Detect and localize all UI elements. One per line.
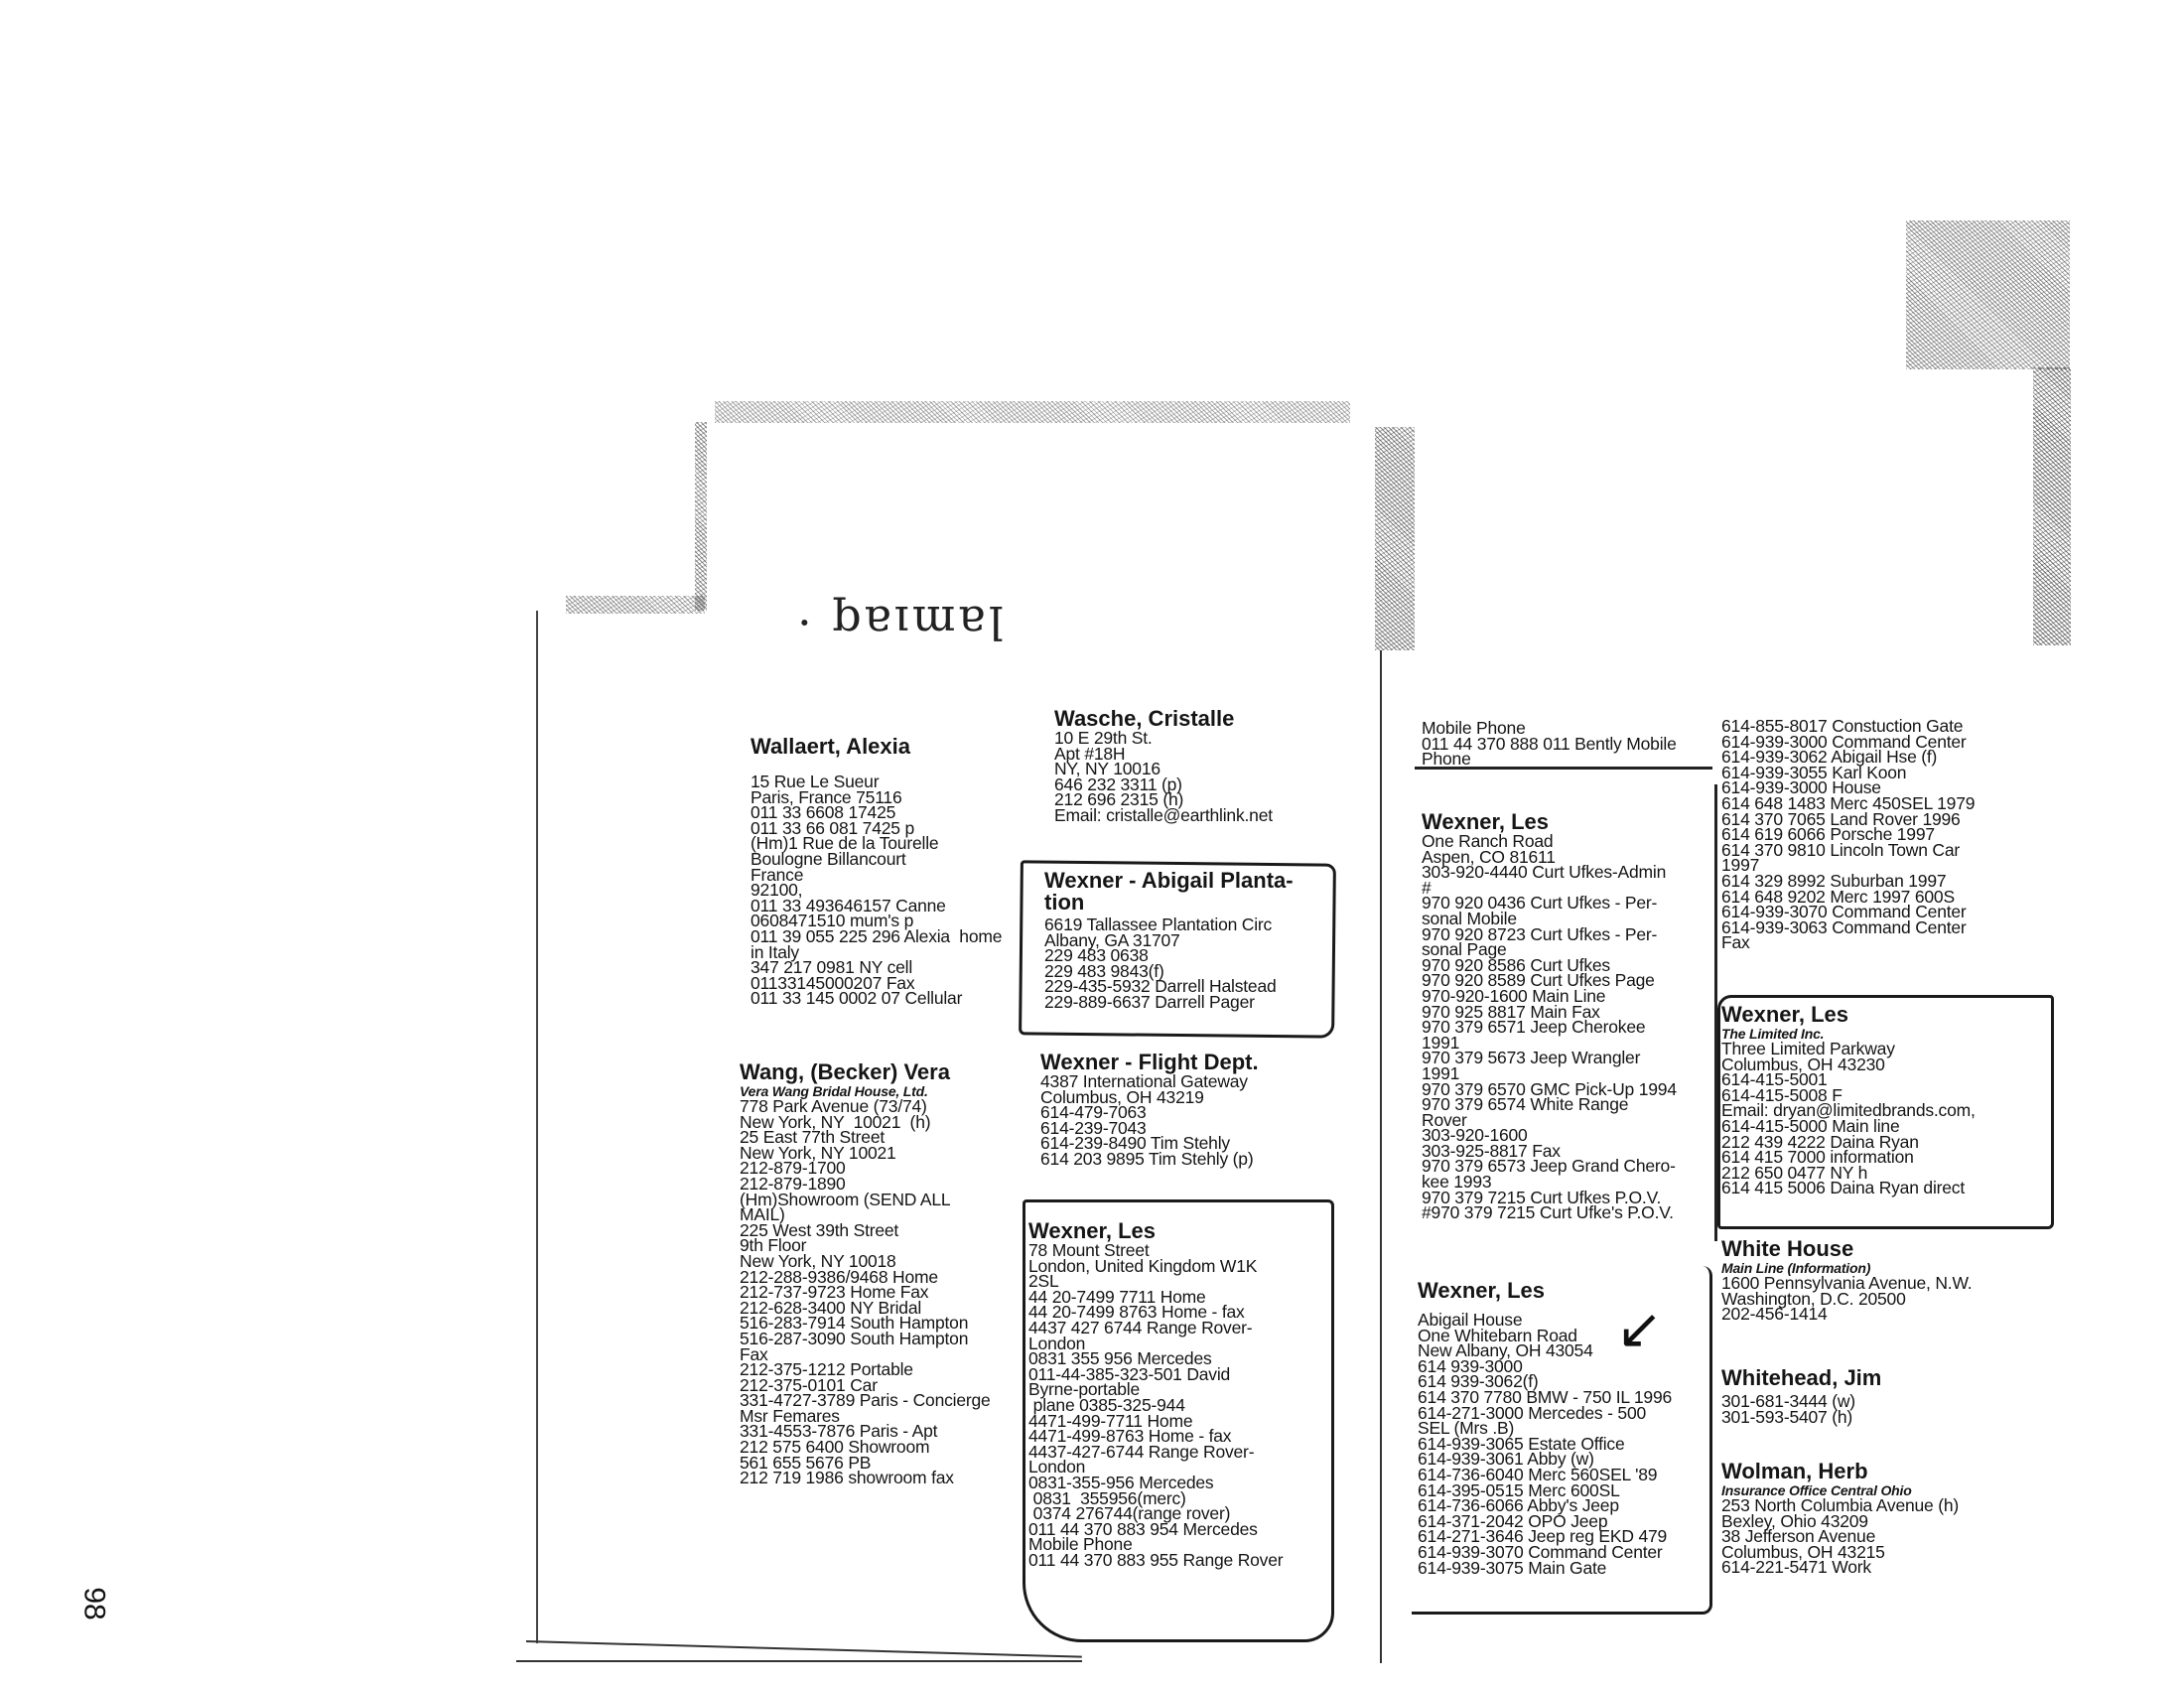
entry-phone-list-continuation: 614-855-8017 Constuction Gate 614-939-30… — [1721, 719, 1975, 951]
entry-line: 614-939-3063 Command Center — [1721, 920, 1975, 936]
entry-line: 614 370 9810 Lincoln Town Car — [1721, 843, 1975, 859]
entry-wasche-cristalle: Wasche, Cristalle 10 E 29th St. Apt #18H… — [1054, 707, 1273, 824]
entry-line: 516-287-3090 South Hampton — [740, 1332, 991, 1347]
page-edge-left — [536, 611, 538, 1643]
entry-line: London, United Kingdom W1K — [1028, 1259, 1283, 1275]
entry-line: Phone — [1422, 752, 1677, 768]
entry-line: 301-593-5407 (h) — [1721, 1410, 1881, 1426]
handwritten-note: lamıaq · — [794, 596, 1004, 649]
entry-line: #970 379 7215 Curt Ufke's P.O.V. — [1422, 1205, 1677, 1221]
entry-wexner-les-new-albany: Wexner, Les Abigail House One Whitebarn … — [1418, 1279, 1672, 1576]
entry-wexner-abigail-plantation: Wexner - Abigail Planta- tion 6619 Talla… — [1044, 870, 1332, 1011]
entry-line: 011 33 145 0002 07 Cellular — [751, 991, 1002, 1007]
entry-name: Wexner - Abigail Planta- tion — [1044, 870, 1332, 914]
entry-name: Wolman, Herb — [1721, 1460, 1959, 1483]
entry-white-house: White House Main Line (Information) 1600… — [1721, 1237, 1972, 1323]
scan-shadow-right-edge — [2033, 367, 2071, 645]
scan-shadow-top-right-corner — [1906, 220, 2070, 369]
entry-name: Wallaert, Alexia — [751, 735, 1002, 759]
entry-wexner-les-london: Wexner, Les 78 Mount Street London, Unit… — [1028, 1219, 1283, 1568]
entry-line: 614-221-5471 Work — [1721, 1560, 1959, 1576]
entry-wang-vera: Wang, (Becker) Vera Vera Wang Bridal Hou… — [740, 1060, 991, 1486]
entry-name: Wexner, Les — [1418, 1279, 1672, 1303]
entry-line: 202-456-1414 — [1721, 1307, 1972, 1323]
scan-shadow-top — [715, 401, 1350, 423]
entry-line: 011 44 370 883 955 Range Rover — [1028, 1553, 1283, 1569]
bracket-right-col — [1714, 784, 1717, 1241]
center-divider — [1380, 650, 1382, 1663]
entry-wexner-les-limited: Wexner, Les The Limited Inc. Three Limit… — [1721, 1003, 1976, 1196]
entry-line: 614 415 5006 Daina Ryan direct — [1721, 1181, 1976, 1196]
page-number: 98 — [77, 1587, 111, 1619]
entry-wexner-flight-dept: Wexner - Flight Dept. 4387 International… — [1040, 1051, 1259, 1168]
entry-line: 614-939-3075 Main Gate — [1418, 1561, 1672, 1577]
bottom-edge-line-2 — [516, 1660, 1082, 1662]
entry-wolman-herb: Wolman, Herb Insurance Office Central Oh… — [1721, 1460, 1959, 1576]
entry-name: Wang, (Becker) Vera — [740, 1060, 991, 1084]
entry-line: 229-889-6637 Darrell Pager — [1044, 995, 1332, 1011]
entry-line: 970 379 5673 Jeep Wrangler — [1422, 1051, 1677, 1066]
bottom-edge-line-1 — [526, 1640, 1082, 1658]
entry-line: Email: cristalle@earthlink.net — [1054, 808, 1273, 824]
entry-wallaert-alexia: Wallaert, Alexia 15 Rue Le Sueur Paris, … — [751, 735, 1002, 1007]
entry-line: 970 379 6571 Jeep Cherokee — [1422, 1020, 1677, 1036]
scan-shadow-gutter — [1375, 427, 1415, 650]
entry-line: 614 203 9895 Tim Stehly (p) — [1040, 1152, 1259, 1168]
entry-line: 303-920-4440 Curt Ufkes-Admin — [1422, 865, 1677, 881]
entry-whitehead-jim: Whitehead, Jim 301-681-3444 (w) 301-593-… — [1721, 1366, 1881, 1425]
entry-name: Whitehead, Jim — [1721, 1366, 1881, 1390]
entry-name: Wexner, Les — [1721, 1003, 1976, 1027]
entry-line: Fax — [1721, 935, 1975, 951]
entry-name: White House — [1721, 1237, 1972, 1261]
scan-shadow-left-step — [566, 596, 705, 614]
entry-wexner-les-aspen: Wexner, Les One Ranch Road Aspen, CO 816… — [1422, 810, 1677, 1221]
scan-shadow-left-upper — [695, 422, 707, 611]
entry-bently-continuation: Mobile Phone 011 44 370 888 011 Bently M… — [1422, 721, 1677, 768]
entry-line: 212 719 1986 showroom fax — [740, 1471, 991, 1486]
